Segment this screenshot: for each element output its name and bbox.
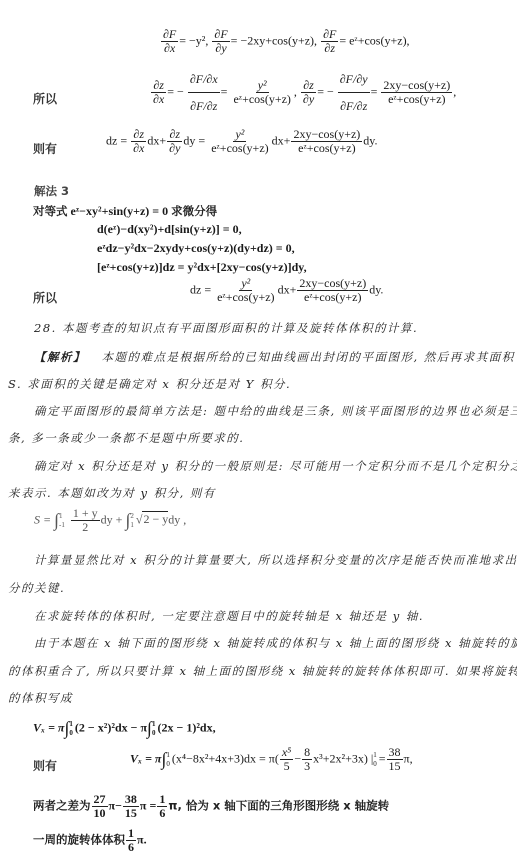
dFdz-num: ∂F: [321, 28, 338, 42]
method3-intro: 对等式 eᶻ−xy²+sin(y+z) = 0 求微分得: [33, 203, 217, 219]
label-zeyou-1: 则有: [33, 140, 57, 157]
Vx2-res-den: 15: [387, 760, 403, 773]
Vx-integrand1: (2 − x²)²dx − π: [75, 720, 147, 734]
final-line: 一周的旋转体体积16π.: [33, 827, 147, 854]
p1-num: ∂z: [131, 128, 146, 142]
Vx2-f1-num: x⁵: [280, 746, 294, 760]
q28-analysis-line1: 【解析】 本题的难点是根据所给的已知曲线画出封闭的平面图形, 然后再求其面积: [34, 349, 515, 365]
diff-c-den: 6: [157, 807, 167, 820]
diff-line: 两者之差为2710π−3815π =16π, 恰为 x 轴下面的三角形图形绕 x…: [33, 793, 389, 820]
diff-prefix: 两者之差为: [33, 798, 91, 812]
q28-p2-line2: 来表示. 本题如改为对 y 积分, 则有: [8, 485, 216, 501]
Vx-int1-lower: 0: [69, 729, 73, 738]
analysis-text-1: 本题的难点是根据所给的已知曲线画出封闭的平面图形, 然后再求其面积: [101, 350, 514, 364]
eval-lower: 0: [373, 760, 377, 769]
method3-result: dz = y²eᶻ+cos(y+z)dx+2xy−cos(y+z)eᶻ+cos(…: [190, 277, 383, 304]
analysis-tag: 【解析】: [34, 350, 86, 364]
q28-p4: 在求旋转体的体积时, 一定要注意题目中的旋转轴是 x 轴还是 y 轴.: [34, 608, 424, 624]
q28-p1-line1: 确定平面图形的最简单方法是: 题中给的曲线是三条, 则该平面图形的边界也必须是三: [34, 403, 517, 419]
q28-p5-line2: 的体积重合了, 所以只要计算 x 轴上面的图形绕 x 轴旋转的旋转体体积即可. …: [8, 663, 517, 679]
res-f1-tail: dx+: [278, 282, 297, 296]
dFdx-num: ∂F: [161, 28, 178, 42]
zeyou-1-equation: dz = ∂z∂xdx+∂z∂ydy = y²eᶻ+cos(y+z)dx+2xy…: [106, 128, 378, 155]
q28-p3-line1: 计算量显然比对 x 积分的计算量要大, 所以选择积分变量的次序是能否快而准地求出…: [34, 552, 517, 568]
eq-sign: =: [221, 84, 228, 98]
dFdx-value: = −y²,: [179, 33, 208, 47]
method3-step1: d(eᶻ)−d(xy²)+d[sin(y+z)] = 0,: [97, 222, 242, 237]
dzdx-den: ∂x: [151, 93, 166, 106]
dFdy-den: ∂y: [213, 42, 228, 55]
f2-tail: dy.: [363, 133, 377, 147]
int2-upper: 2: [130, 512, 134, 521]
ratio-y-num: ∂F/∂y: [338, 66, 370, 93]
Vx2-int-lower: 0: [166, 760, 170, 769]
eval-upper: 1: [373, 751, 377, 760]
final-den: 6: [126, 841, 136, 854]
q28-heading: 28. 本题考查的知识点有平面图形面积的计算及旋转体体积的计算.: [34, 320, 418, 336]
q28-p1-line2: 条, 多一条或少一条都不是题中所要求的.: [8, 430, 244, 446]
Vx2-tail: x³+2x²+3x): [313, 751, 368, 765]
res-f1-den: eᶻ+cos(y+z): [215, 291, 276, 304]
S-f1-den: 2: [80, 521, 90, 534]
dz-lhs: dz =: [106, 133, 127, 147]
int1-upper: 1: [59, 512, 65, 521]
dFdz-den: ∂z: [322, 42, 337, 55]
Vx2-f2-num: 8: [302, 746, 312, 760]
q28-p2-line1: 确定对 x 积分还是对 y 积分的一般原则是: 尽可能用一个定积分而不是几个定积…: [34, 458, 517, 474]
Vx2-f1-den: 5: [282, 760, 292, 773]
f1-den: eᶻ+cos(y+z): [209, 142, 270, 155]
dzdy-num: ∂z: [301, 79, 316, 93]
S-f1-tail: dy +: [101, 512, 123, 526]
label-suoyi-1: 所以: [33, 90, 57, 107]
Vx2-res-tail: π,: [404, 751, 413, 765]
method3-title: 解法 3: [34, 183, 69, 199]
diff-b-num: 38: [123, 793, 139, 807]
p2-tail: dy =: [183, 133, 205, 147]
res-f2-den: eᶻ+cos(y+z): [302, 291, 363, 304]
intro-equation: eᶻ−xy²+sin(y+z) = 0: [71, 204, 169, 218]
dFdy-num: ∂F: [212, 28, 229, 42]
Vx2-int-upper: 1: [166, 751, 170, 760]
dFdy-value: = −2xy+cos(y+z),: [231, 33, 317, 47]
partials-line: ∂F∂x= −y², ∂F∂y= −2xy+cos(y+z), ∂F∂z= eᶻ…: [160, 28, 410, 55]
Vx-formula: Vₓ = π∫10(2 − x²)²dx − π∫10(2x − 1)²dx,: [33, 718, 216, 739]
Vx2-mid: −: [294, 751, 301, 765]
Vx-int2-lower: 0: [152, 729, 156, 738]
diff-b-den: 15: [123, 807, 139, 820]
S-lhs: S =: [34, 512, 51, 526]
neg-sign-2: = −: [317, 84, 334, 98]
res-x-num: y²: [256, 79, 269, 93]
method3-step3: [eᶻ+cos(y+z)]dz = y²dx+[2xy−cos(y+z)]dy,: [97, 260, 307, 275]
res-f1-num: y²: [239, 277, 252, 291]
Vx2-integrand: (x⁴−8x²+4x+3)dx = π(: [172, 751, 279, 765]
q28-p5-line3: 的体积写成: [8, 690, 73, 706]
Vx2-eq: =: [379, 751, 386, 765]
dzdx-num: ∂z: [151, 79, 166, 93]
S-f2-tail: dy ,: [168, 512, 186, 526]
q28-p3-line2: 分的关键.: [8, 580, 65, 596]
neg-sign: = −: [167, 84, 184, 98]
p2-den: ∂y: [167, 142, 182, 155]
p1-den: ∂x: [131, 142, 146, 155]
diff-c-tail: π, 恰为 x 轴下面的三角形图形绕 x 轴旋转: [168, 798, 389, 812]
label-suoyi-2: 所以: [33, 289, 57, 306]
diff-b-tail: π =: [140, 798, 156, 812]
intro-suffix: 求微分得: [171, 204, 217, 218]
diff-c-num: 1: [157, 793, 167, 807]
res-f2-num: 2xy−cos(y+z): [297, 277, 368, 291]
f2-den: eᶻ+cos(y+z): [296, 142, 357, 155]
Vx-lhs: Vₓ = π: [33, 720, 64, 734]
S-formula: S = ∫1-1 1 + y2dy + ∫21√2 − ydy ,: [34, 507, 186, 534]
dzdy-den: ∂y: [301, 93, 316, 106]
f1-num: y²: [233, 128, 246, 142]
f2-num: 2xy−cos(y+z): [291, 128, 362, 142]
tail-comma: ,: [453, 84, 456, 98]
res-x-den: eᶻ+cos(y+z): [231, 93, 292, 106]
res-f2-tail: dy.: [369, 282, 383, 296]
Vx2-res-num: 38: [387, 746, 403, 760]
int2-lower: 1: [130, 521, 134, 530]
suoyi-1-equation: ∂z∂x= − ∂F/∂x∂F/∂z= y²eᶻ+cos(y+z), ∂z∂y=…: [150, 66, 456, 119]
f1-tail: dx+: [272, 133, 291, 147]
ratio-y-den: ∂F/∂z: [338, 93, 369, 119]
diff-a-den: 10: [92, 807, 108, 820]
res-y-den: eᶻ+cos(y+z): [386, 93, 447, 106]
p2-num: ∂z: [167, 128, 182, 142]
Vx2-f2-den: 3: [302, 760, 312, 773]
dFdz-value: = eᶻ+cos(y+z),: [339, 33, 409, 47]
Vx-integrand2: (2x − 1)²dx,: [157, 720, 215, 734]
int1-lower: -1: [59, 521, 65, 530]
label-zeyou-2: 则有: [33, 757, 57, 774]
final-num: 1: [126, 827, 136, 841]
Vx2-lhs: Vₓ = π: [130, 751, 161, 765]
Vx-int1-upper: 1: [69, 720, 73, 729]
res-y-num: 2xy−cos(y+z): [381, 79, 452, 93]
final-prefix: 一周的旋转体体积: [33, 832, 125, 846]
S-f1-num: 1 + y: [71, 507, 100, 521]
method3-step2: eᶻdz−y²dx−2xydy+cos(y+z)(dy+dz) = 0,: [97, 241, 295, 256]
Vx2-formula: Vₓ = π∫10(x⁴−8x²+4x+3)dx = π(x⁵5−83x³+2x…: [130, 746, 413, 773]
res-lhs: dz =: [190, 282, 211, 296]
q28-p5-line1: 由于本题在 x 轴下面的图形绕 x 轴旋转成的体积与 x 轴上面的图形绕 x 轴…: [34, 635, 517, 651]
Vx-int2-upper: 1: [152, 720, 156, 729]
p1-tail: dx+: [147, 133, 166, 147]
eq-sign-2: =: [371, 84, 378, 98]
S-f2: 2 − y: [142, 511, 168, 526]
q28-analysis-line2: S. 求面积的关键是确定对 x 积分还是对 Y 积分.: [8, 376, 291, 392]
dFdx-den: ∂x: [162, 42, 177, 55]
intro-prefix: 对等式: [33, 204, 68, 218]
diff-a-tail: π−: [109, 798, 122, 812]
final-tail: π.: [137, 832, 147, 846]
ratio-x-den: ∂F/∂z: [188, 93, 219, 119]
ratio-x-num: ∂F/∂x: [188, 66, 220, 93]
diff-a-num: 27: [92, 793, 108, 807]
